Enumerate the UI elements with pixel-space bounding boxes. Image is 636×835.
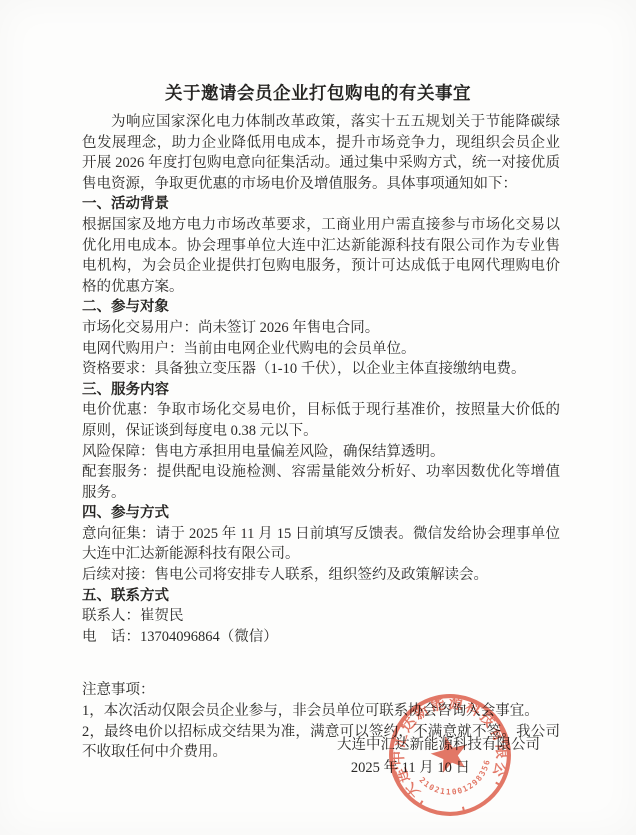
section-3-paragraph: 配套服务：提供配电设施检测、容需量能效分析好、功率因数优化等增值服务。 [82, 462, 560, 503]
signature-company: 大连中汇达新能源科技有限公司 [337, 734, 540, 757]
notes-heading: 注意事项： [82, 680, 560, 701]
contact-phone: 电 话：13704096864（微信） [82, 627, 560, 648]
document-body: 为响应国家深化电力体制改革政策，落实十五五规划关于节能降碳绿色发展理念，助力企业… [82, 112, 560, 763]
section-heading-4: 四、参与方式 [82, 503, 560, 524]
section-2-paragraph: 资格要求：具备独立变压器（1-10 千伏），以企业主体直接缴纳电费。 [82, 359, 560, 380]
intro-paragraph: 为响应国家深化电力体制改革政策，落实十五五规划关于节能降碳绿色发展理念，助力企业… [82, 112, 560, 194]
section-heading-1: 一、活动背景 [82, 194, 560, 215]
section-heading-2: 二、参与对象 [82, 297, 560, 318]
section-2-paragraph: 市场化交易用户：尚未签订 2026 年售电合同。 [82, 318, 560, 339]
signature-date: 2025 年 11 月 10 日 [337, 757, 470, 780]
section-2-paragraph: 电网代购用户：当前由电网企业代购电的会员单位。 [82, 339, 560, 360]
signature-block: 大连中汇达新能源科技有限公司 2025 年 11 月 10 日 [337, 734, 540, 780]
page-title: 关于邀请会员企业打包购电的有关事宜 [0, 80, 636, 105]
section-3-paragraph: 风险保障：售电方承担用电量偏差风险，确保结算透明。 [82, 442, 560, 463]
document-page: 关于邀请会员企业打包购电的有关事宜 为响应国家深化电力体制改革政策，落实十五五规… [0, 0, 636, 835]
section-4-paragraph: 意向征集：请于 2025 年 11 月 15 日前填写反馈表。微信发给协会理事单… [82, 524, 560, 565]
section-4-paragraph: 后续对接：售电公司将安排专人联系，组织签约及政策解读会。 [82, 565, 560, 586]
section-3-paragraph: 电价优惠：争取市场化交易电价，目标低于现行基准价，按照量大价低的原则，保证谈到每… [82, 400, 560, 441]
contact-person: 联系人：崔贺民 [82, 606, 560, 627]
note-item: 1，本次活动仅限会员企业参与，非会员单位可联系协会咨询入会事宜。 [82, 701, 560, 722]
section-1-paragraph: 根据国家及地方电力市场改革要求，工商业用户需直接参与市场化交易以优化用电成本。协… [82, 215, 560, 297]
section-heading-3: 三、服务内容 [82, 380, 560, 401]
section-heading-5: 五、联系方式 [82, 586, 560, 607]
